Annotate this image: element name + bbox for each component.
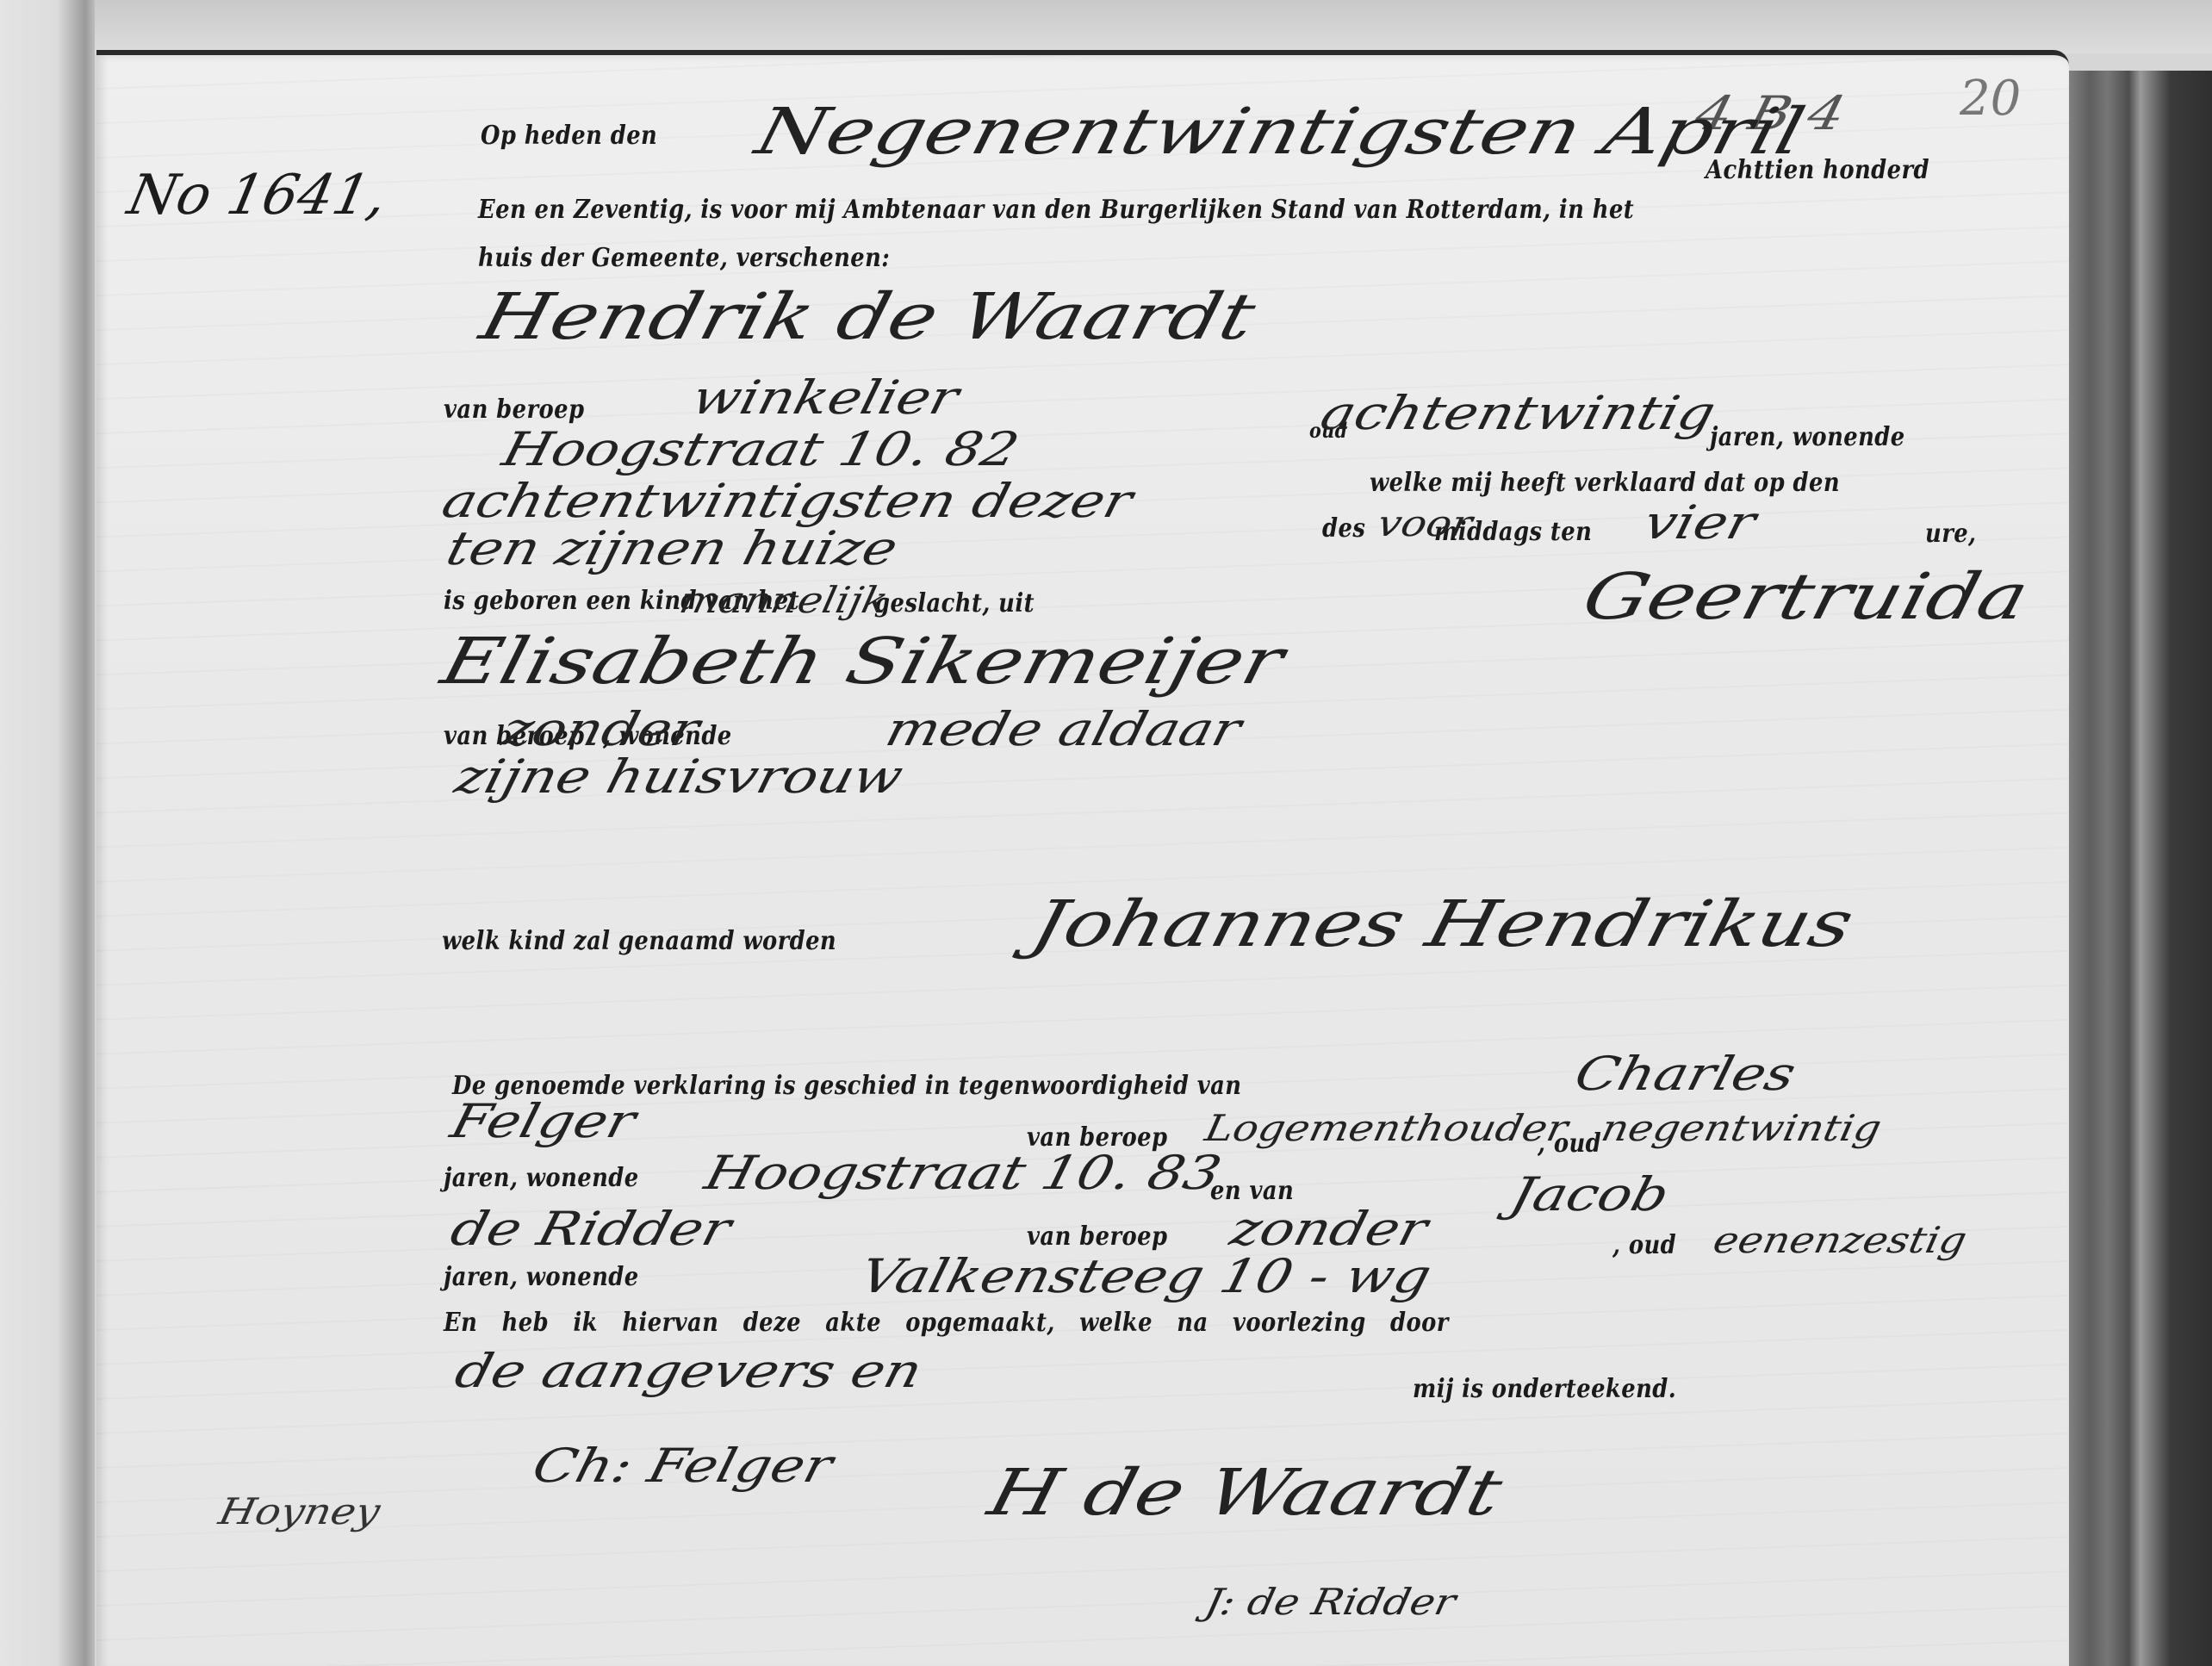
handwritten-declarant-name: Hendrik de Waardt xyxy=(473,280,1262,354)
printed-akte-opgemaakt: En heb ik hiervan deze akte opgemaakt, w… xyxy=(444,1308,1449,1338)
printed-geslacht-uit: geslacht, uit xyxy=(874,588,1035,619)
printed-van-beroep-4: van beroep xyxy=(1027,1222,1167,1252)
handwritten-mother-first-name: Geertruida xyxy=(1575,560,2035,634)
printed-oud-4: , oud xyxy=(1612,1230,1676,1260)
book-spine-edge xyxy=(2063,71,2212,1666)
handwritten-witness2-occupation: zonder xyxy=(1225,1202,1432,1256)
printed-line2: Een en Zeventig, is voor mij Ambtenaar v… xyxy=(478,195,1634,225)
facing-page-edge xyxy=(0,0,95,1666)
printed-verklaard: welke mij heeft verklaard dat op den xyxy=(1370,468,1840,498)
signature-witness1: Ch: Felger xyxy=(527,1439,838,1493)
handwritten-part-of-day: voor xyxy=(1374,502,1476,544)
handwritten-birth-date: achtentwintigsten dezer xyxy=(437,474,1138,528)
page-number: 20 xyxy=(1960,71,2021,127)
handwritten-mother-address-2: zijne huisvrouw xyxy=(450,749,909,804)
handwritten-witness2-last: de Ridder xyxy=(445,1202,736,1256)
scanned-register-page: 20 No 1641, Hoyney 4 B 4 Op heden den Ac… xyxy=(0,0,2212,1666)
handwritten-witness2-age: eenenzestig xyxy=(1710,1219,1971,1261)
handwritten-witness2-first: Jacob xyxy=(1505,1167,1675,1222)
handwritten-mother-name: Elisabeth Sikemeijer xyxy=(434,625,1290,699)
printed-des: des xyxy=(1322,513,1365,544)
printed-ure: ure, xyxy=(1925,519,1976,549)
background-top xyxy=(95,0,2212,53)
margin-note: Hoyney xyxy=(215,1490,384,1532)
printed-line3: huis der Gemeente, verschenen: xyxy=(478,243,890,273)
printed-op-heden: Op heden den xyxy=(481,121,657,151)
handwritten-date: Negenentwintigsten April xyxy=(749,95,1811,169)
printed-jaren-wonende-1: jaren, wonende xyxy=(1710,422,1905,452)
handwritten-witness1-address: Hoogstraat 10. 83 xyxy=(699,1146,1227,1200)
printed-genaamd-worden: welk kind zal genaamd worden xyxy=(442,926,836,956)
handwritten-witness1-last: Felger xyxy=(445,1094,641,1148)
handwritten-mother-address-1: mede aldaar xyxy=(880,702,1246,756)
handwritten-birth-place: ten zijnen huize xyxy=(441,521,903,575)
handwritten-declarant-address: Hoogstraat 10. 82 xyxy=(497,422,1024,476)
printed-van-beroep-1: van beroep xyxy=(444,395,584,425)
handwritten-child-sex: mannelijk xyxy=(676,579,892,621)
margin-reference-number: No 1641, xyxy=(122,164,393,227)
printed-jaren-wonende-4: jaren, wonende xyxy=(444,1262,639,1292)
signature-declarant: H de Waardt xyxy=(981,1456,1509,1530)
handwritten-parties: de aangevers en xyxy=(450,1344,928,1398)
handwritten-witness1-first: Charles xyxy=(1569,1047,1801,1101)
handwritten-witness2-address: Valkensteeg 10 - wg xyxy=(854,1249,1437,1303)
signature-witness2: J: de Ridder xyxy=(1202,1581,1460,1623)
printed-jaren-wonende-3: jaren, wonende xyxy=(444,1163,639,1193)
handwritten-mother-occupation: zonder xyxy=(497,702,705,756)
handwritten-witness1-occupation: Logementhouder xyxy=(1202,1107,1572,1149)
handwritten-declarant-occupation: winkelier xyxy=(687,370,964,425)
handwritten-declarant-age: achtentwintig xyxy=(1315,386,1721,440)
handwritten-child-name: Johannes Hendrikus xyxy=(1024,887,1861,961)
handwritten-witness1-age: negentwintig xyxy=(1598,1107,1886,1149)
printed-onderteekend: mij is onderteekend. xyxy=(1413,1374,1676,1404)
handwritten-birth-hour: vier xyxy=(1638,495,1761,550)
